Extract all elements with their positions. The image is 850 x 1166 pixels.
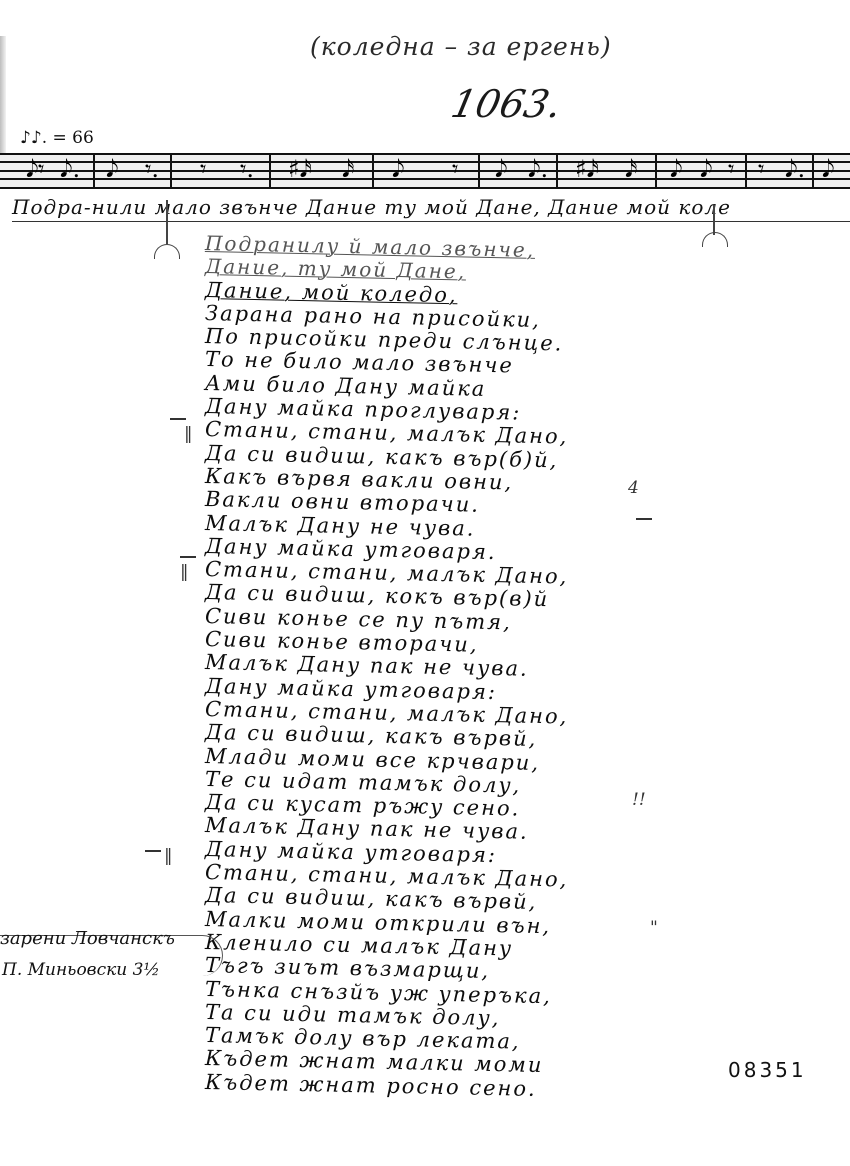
music-note: 𝅘𝅥𝅯: [342, 157, 354, 181]
music-note: 𝅘𝅥𝅮: [495, 157, 507, 181]
margin-mark: ": [650, 918, 658, 938]
barline: [478, 153, 480, 189]
barline: [372, 153, 374, 189]
phrase-arc: [702, 232, 728, 247]
staff-line: [0, 161, 850, 163]
lyrics-underlay: Подра-нили мало звънче Дание ту мой Дане…: [12, 195, 850, 222]
music-note: 𝅘𝅥𝅮: [700, 157, 712, 181]
music-note: ♯𝅘𝅥𝅯: [288, 157, 312, 181]
staff-line: [0, 187, 850, 189]
music-rest: 𝄾: [38, 157, 44, 181]
song-verse: Подранилу й мало звънче, Дание, ту мой Д…: [205, 232, 655, 1094]
tempo-marking: ♪♪. = 66: [20, 128, 94, 148]
catalog-number: 1063.: [447, 82, 565, 126]
staff-line: [0, 153, 850, 155]
staff-line: [0, 178, 850, 180]
music-note: 𝅘𝅥𝅮.: [785, 157, 805, 181]
informant-village: зарени Ловчанскъ: [0, 928, 175, 949]
music-rest: 𝄾: [758, 157, 764, 181]
margin-mark: 4: [628, 478, 639, 498]
music-staff: 𝅘𝅥𝅮 𝄾 𝅘𝅥𝅮. 𝅘𝅥𝅮 𝄾. 𝄾 𝄾. ♯𝅘𝅥𝅯 𝅘𝅥𝅯 𝅘𝅥𝅮 𝄾 𝅘𝅥…: [0, 153, 850, 189]
song-heading: (коледна – за ергень): [310, 32, 612, 61]
margin-dash: [180, 556, 196, 558]
barline: [812, 153, 814, 189]
margin-dash: [145, 850, 161, 852]
music-note: 𝅘𝅥𝅮: [670, 157, 682, 181]
phrase-mark: [713, 205, 715, 235]
music-note: 𝅘𝅥𝅮: [26, 157, 38, 181]
music-rest: 𝄾.: [145, 157, 159, 181]
margin-dash: [636, 518, 652, 520]
staff-line: [0, 170, 850, 172]
margin-mark: ‖: [164, 846, 173, 866]
barline: [556, 153, 558, 189]
music-note: 𝅘𝅥𝅮: [106, 157, 118, 181]
music-rest: 𝄾: [728, 157, 734, 181]
scan-edge-shadow: [0, 36, 6, 156]
informant-name: П. Миньовски 3½: [2, 960, 160, 980]
barline: [170, 153, 172, 189]
barline: [269, 153, 271, 189]
music-note: 𝅘𝅥𝅮: [392, 157, 404, 181]
margin-mark: ‖: [184, 424, 193, 444]
margin-mark: ‖: [180, 562, 189, 582]
music-rest: 𝄾: [452, 157, 458, 181]
music-note: 𝅘𝅥𝅮: [822, 157, 834, 181]
music-rest: 𝄾.: [240, 157, 254, 181]
barline: [93, 153, 95, 189]
barline: [745, 153, 747, 189]
archive-number: 08351: [728, 1058, 807, 1082]
music-note: 𝅘𝅥𝅯: [625, 157, 637, 181]
music-note: 𝅘𝅥𝅮.: [528, 157, 548, 181]
music-note: 𝅘𝅥𝅮.: [60, 157, 80, 181]
phrase-mark: [166, 200, 168, 244]
music-rest: 𝄾: [200, 157, 206, 181]
barline: [655, 153, 657, 189]
margin-mark: !!: [632, 790, 646, 810]
margin-dash: [170, 418, 186, 420]
phrase-arc: [154, 244, 180, 259]
music-note: ♯𝅘𝅥𝅯: [575, 157, 599, 181]
